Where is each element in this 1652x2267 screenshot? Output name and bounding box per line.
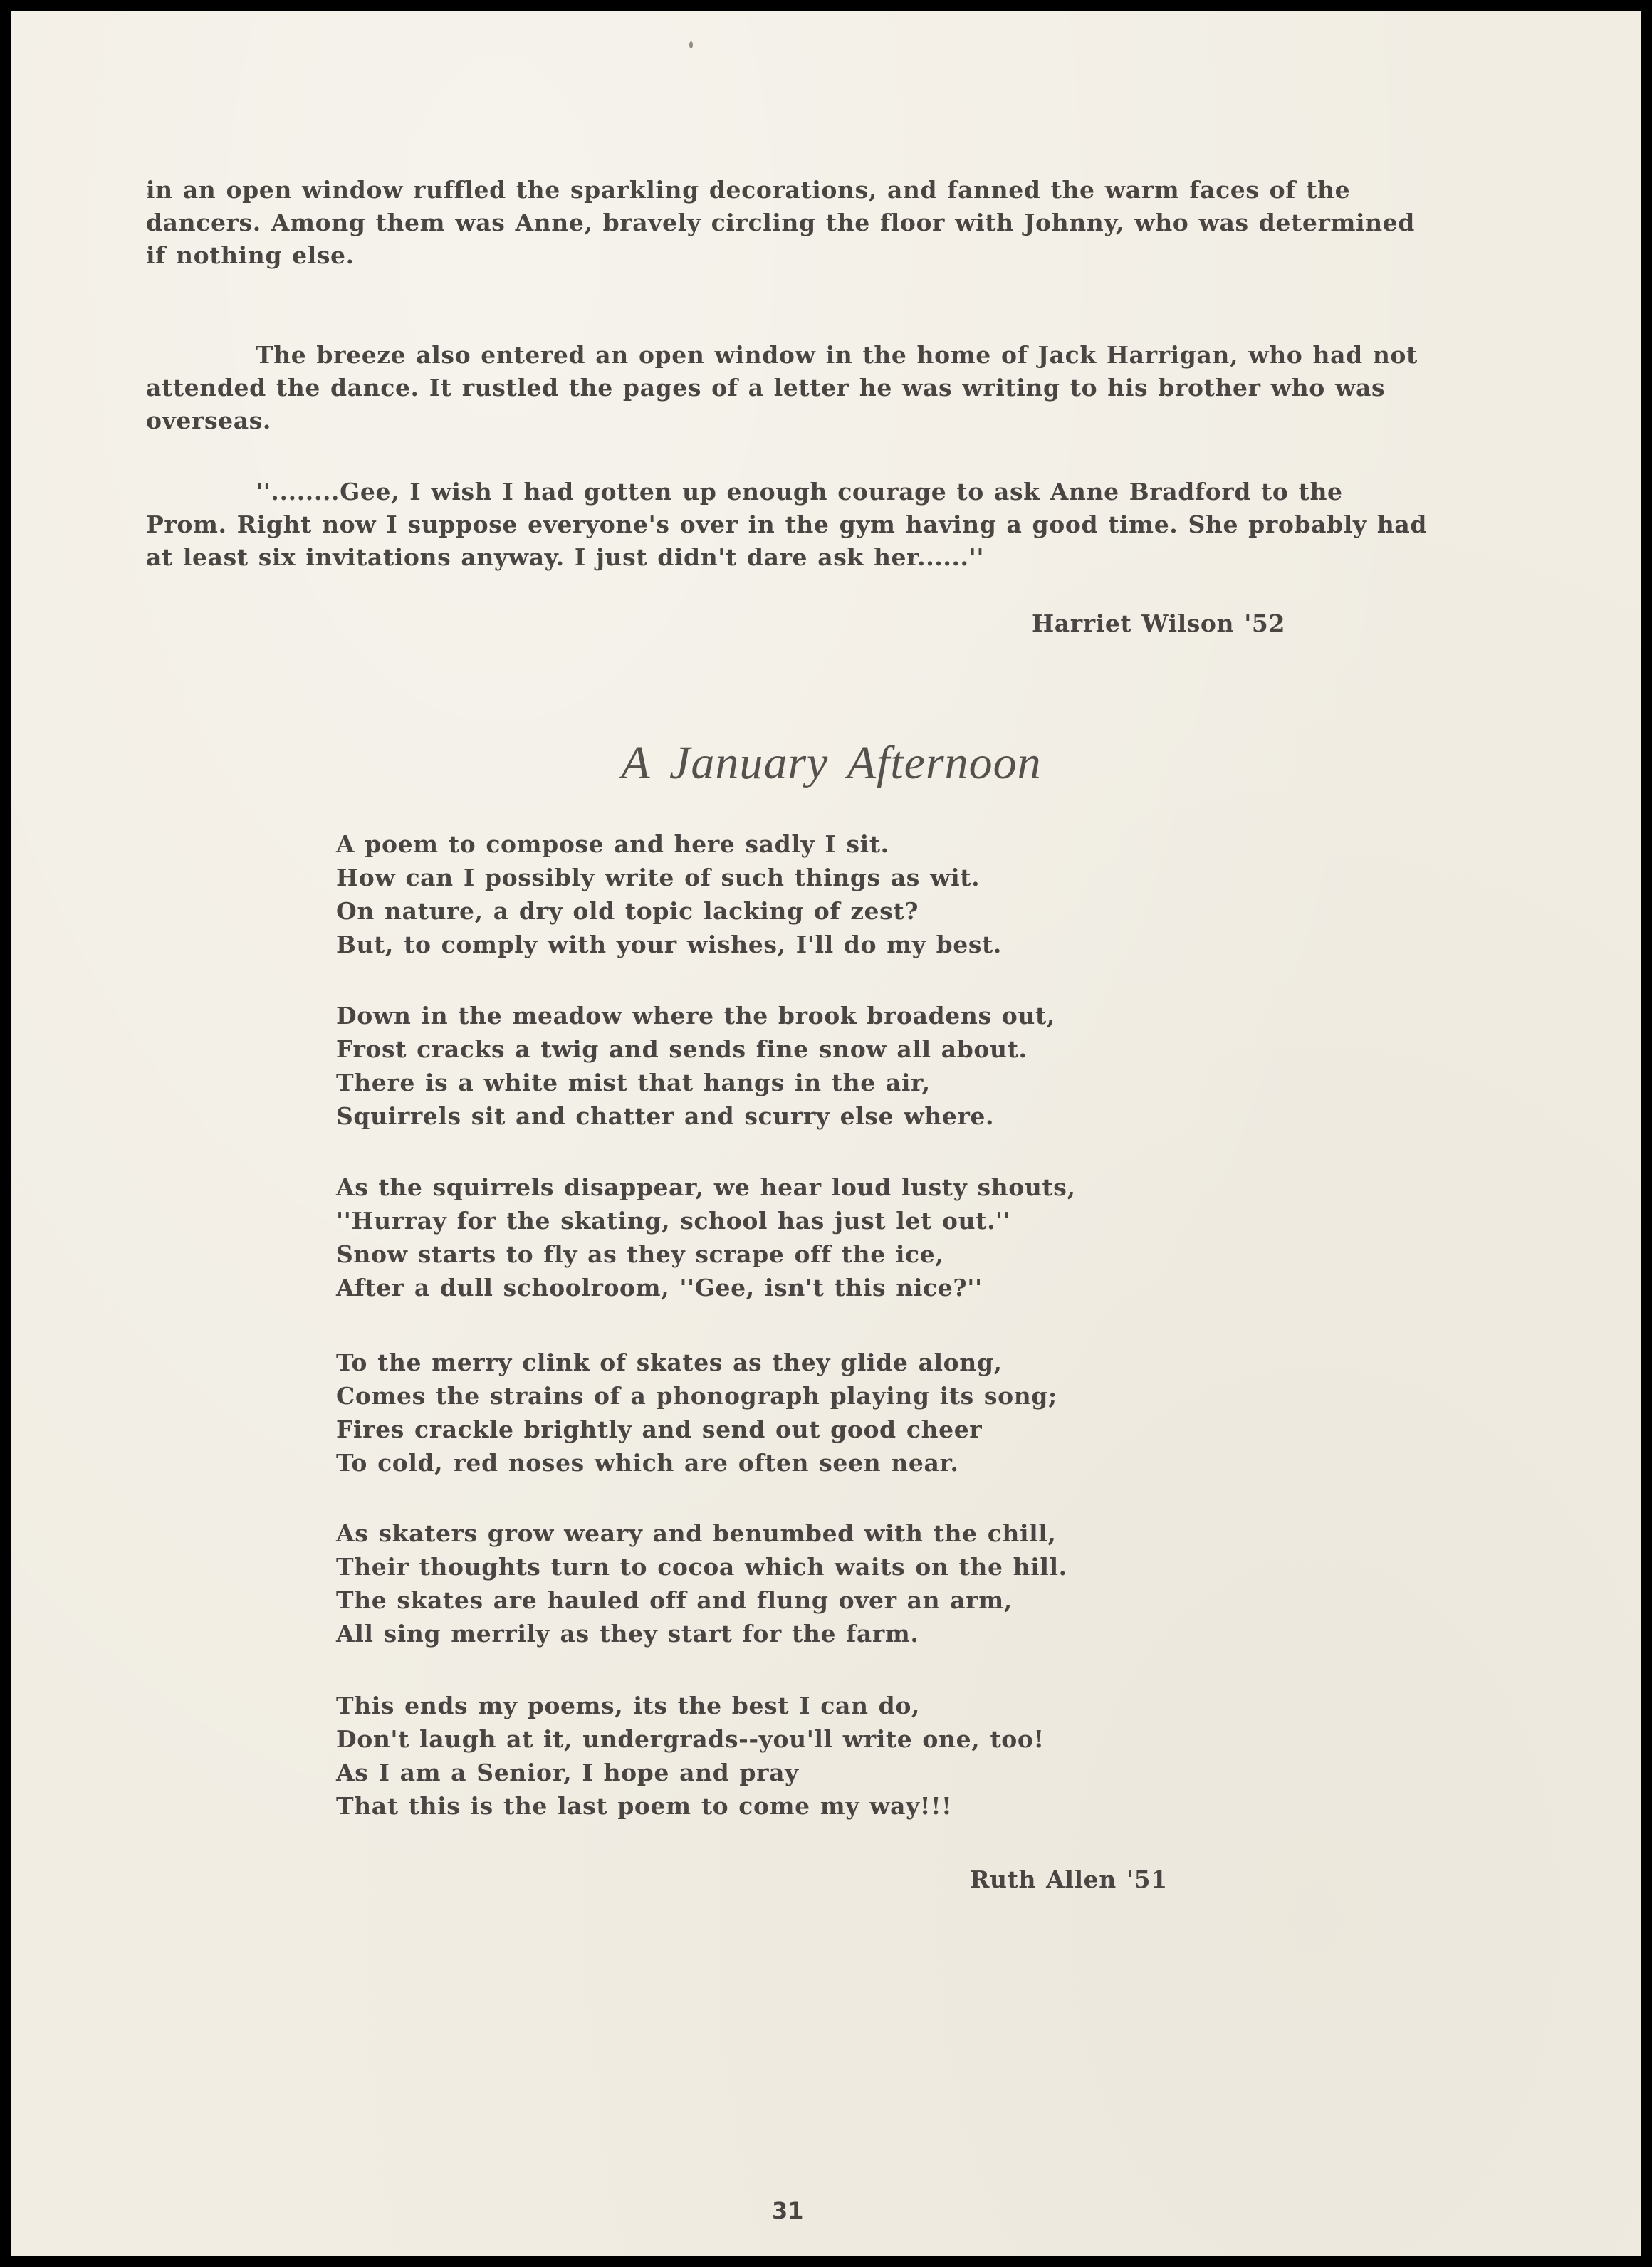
poem-line: Fires crackle brightly and send out good… <box>336 1413 1057 1446</box>
poem-author-signature: Ruth Allen '51 <box>970 1865 1168 1893</box>
poem-stanza-1: A poem to compose and here sadly I sit. … <box>336 827 1002 961</box>
story-paragraph-text: The breeze also entered an open window i… <box>146 339 1428 437</box>
story-paragraph-text: in an open window ruffled the sparkling … <box>146 174 1428 272</box>
poem-line: Comes the strains of a phonograph playin… <box>336 1379 1057 1413</box>
poem-line: Down in the meadow where the brook broad… <box>336 999 1055 1032</box>
poem-line: This ends my poems, its the best I can d… <box>336 1689 1045 1722</box>
poem-line: After a dull schoolroom, ''Gee, isn't th… <box>336 1271 1076 1304</box>
poem-stanza-3: As the squirrels disappear, we hear loud… <box>336 1171 1076 1304</box>
poem-line: As I am a Senior, I hope and pray <box>336 1756 1045 1789</box>
poem-line: On nature, a dry old topic lacking of ze… <box>336 894 1002 928</box>
poem-line: Squirrels sit and chatter and scurry els… <box>336 1099 1055 1133</box>
poem-line: As skaters grow weary and benumbed with … <box>336 1517 1067 1550</box>
poem-line: How can I possibly write of such things … <box>336 861 1002 894</box>
poem-line: But, to comply with your wishes, I'll do… <box>336 928 1002 961</box>
poem-line: Their thoughts turn to cocoa which waits… <box>336 1550 1067 1583</box>
poem-line: As the squirrels disappear, we hear loud… <box>336 1171 1076 1204</box>
poem-line: The skates are hauled off and flung over… <box>336 1583 1067 1617</box>
poem-line: A poem to compose and here sadly I sit. <box>336 827 1002 861</box>
poem-line: There is a white mist that hangs in the … <box>336 1066 1055 1099</box>
poem-stanza-5: As skaters grow weary and benumbed with … <box>336 1517 1067 1650</box>
poem-line: That this is the last poem to come my wa… <box>336 1789 1045 1823</box>
story-paragraph-text: ''........Gee, I wish I had gotten up en… <box>146 476 1428 574</box>
poem-line: Frost cracks a twig and sends fine snow … <box>336 1032 1055 1066</box>
poem-line: To the merry clink of skates as they gli… <box>336 1346 1057 1379</box>
dust-speck <box>689 41 693 48</box>
poem-line: To cold, red noses which are often seen … <box>336 1446 1057 1480</box>
page-number: 31 <box>772 2197 804 2224</box>
poem-stanza-2: Down in the meadow where the brook broad… <box>336 999 1055 1133</box>
story-paragraph-2: The breeze also entered an open window i… <box>146 339 1428 437</box>
poem-line: Snow starts to fly as they scrape off th… <box>336 1237 1076 1271</box>
poem-line: Don't laugh at it, undergrads--you'll wr… <box>336 1722 1045 1756</box>
story-paragraph-1: in an open window ruffled the sparkling … <box>146 174 1428 272</box>
poem-line: ''Hurray for the skating, school has jus… <box>336 1204 1076 1237</box>
poem-stanza-6: This ends my poems, its the best I can d… <box>336 1689 1045 1823</box>
poem-stanza-4: To the merry clink of skates as they gli… <box>336 1346 1057 1480</box>
story-author-signature: Harriet Wilson '52 <box>1032 609 1285 637</box>
story-paragraph-3: ''........Gee, I wish I had gotten up en… <box>146 476 1428 574</box>
poem-line: All sing merrily as they start for the f… <box>336 1617 1067 1650</box>
poem-title: A January Afternoon <box>11 736 1641 790</box>
document-page: in an open window ruffled the sparkling … <box>11 11 1641 2256</box>
